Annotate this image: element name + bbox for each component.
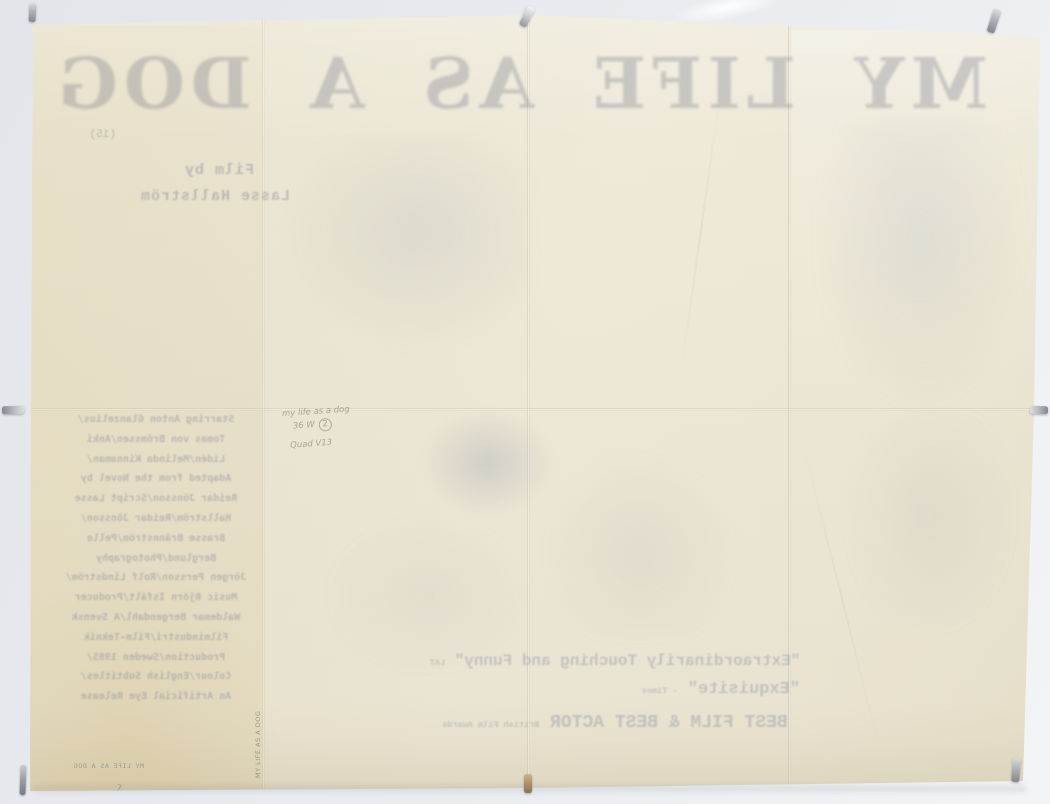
push-pin-top-right [986,8,1001,33]
ghost-byline-line1: Film by [38,158,290,184]
poster-back-sheet: MY LIFE AS A DOG (15) Film by Lasse Hall… [0,0,1050,804]
ghost-awards-line: BEST FILM & BEST ACTOR British Film Awar… [416,705,814,743]
ghost-quotes-block: "Extraordinarily Touching and Funny" LAT… [416,648,814,743]
push-pin-bottom-right [1011,758,1021,782]
circled-number: 2 [318,418,332,432]
pencil-annotation: my life as a dog 36 W2 Quad V13 [282,400,405,453]
push-pin-left-middle [2,406,24,415]
show-through-image [545,455,735,635]
push-pin-top-left [29,3,37,22]
ghost-quote-1-source: LAT [430,658,445,668]
show-through-image [815,120,1025,410]
show-through-dog-face [420,408,555,518]
push-pin-right-middle [1030,406,1048,415]
push-pin-bottom-left [19,765,26,795]
push-pin-bottom-center [524,774,532,793]
ghost-awards-text: BEST FILM & BEST ACTOR [550,713,788,733]
ghost-byline-text: Film by Lasse Hallström [38,158,290,210]
ghost-quote-2-text: "Exquisite" [688,680,800,699]
ghost-byline-line2: Lasse Hallström [38,184,290,210]
ghost-quote-1: "Extraordinarily Touching and Funny" LAT [416,648,814,676]
ghost-quote-2-source: - Times [642,686,678,696]
photo-backdrop: MY LIFE AS A DOG (15) Film by Lasse Hall… [0,0,1050,804]
ghost-small-title-stamp: MY LIFE AS A DOG [60,762,144,770]
ghost-credits-block: Starring Anton Glanzelius/ Tomas von Brö… [46,410,266,707]
ghost-quote-1-text: "Extraordinarily Touching and Funny" [455,652,801,670]
ghost-certificate-text: (15) [56,129,116,141]
ghost-awards-source: British Film Awards [442,720,539,730]
ghost-quote-2: "Exquisite" - Times [416,676,814,705]
show-through-image [845,415,1015,635]
show-through-image [280,135,530,350]
ghost-title-text: MY LIFE AS A DOG [52,34,988,138]
pencil-annotation-line2-text: 36 W [293,420,316,432]
vertical-pencil-title: MY LIFE AS A DOG [254,708,268,778]
